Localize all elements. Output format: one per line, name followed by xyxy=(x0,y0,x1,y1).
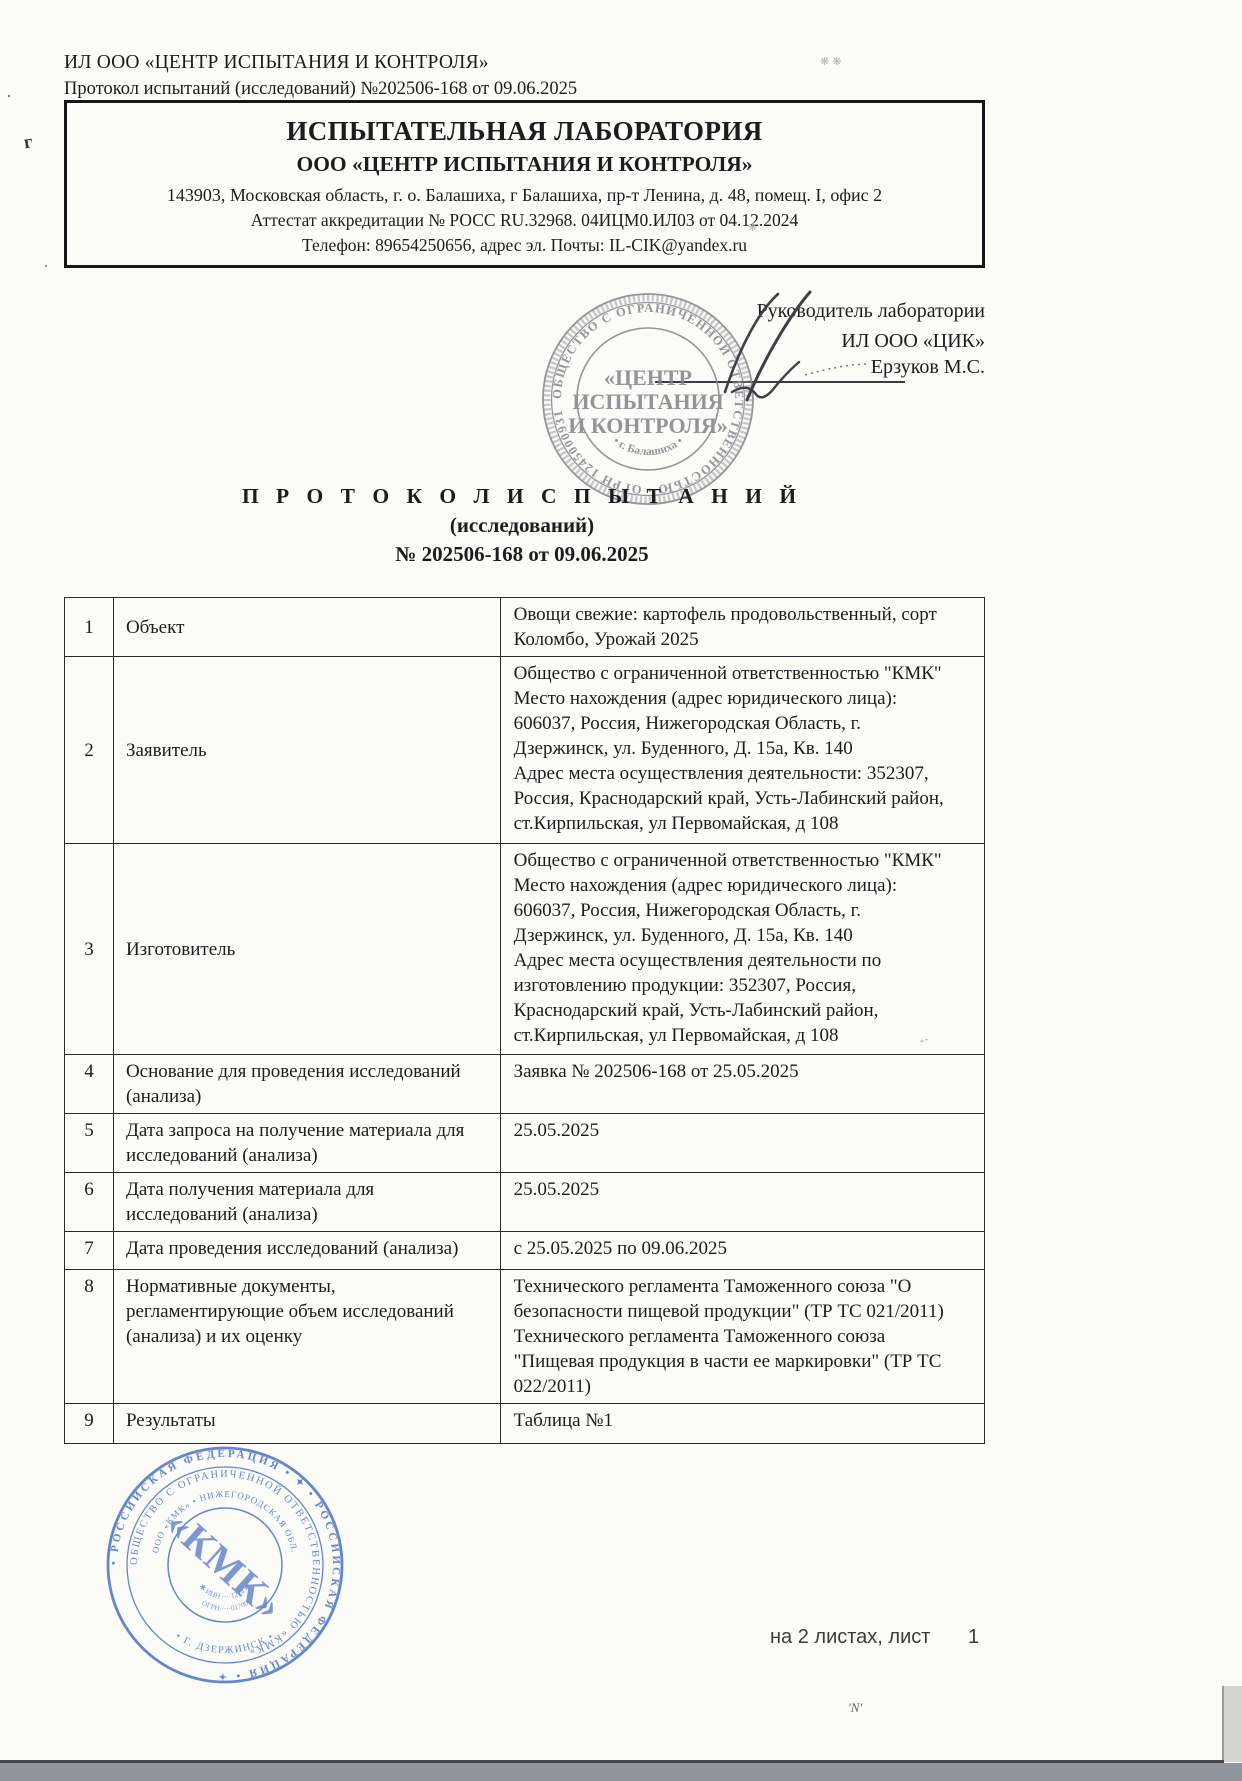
table-row: 3 Изготовитель Общество с ограниченной о… xyxy=(65,844,985,1055)
row-value-cell: 25.05.2025 xyxy=(500,1114,984,1173)
scan-artifact: ‑· xyxy=(920,1032,929,1048)
table-row: 1 Объект Овощи свежие: картофель продово… xyxy=(65,598,985,657)
row-value-cell: Заявка № 202506-168 от 25.05.2025 xyxy=(500,1055,984,1114)
scan-artifact: · xyxy=(6,86,12,107)
letterhead-box: ИСПЫТАТЕЛЬНАЯ ЛАБОРАТОРИЯ ООО «ЦЕНТР ИСП… xyxy=(64,100,985,268)
row-label-cell: Основание для проведения исследований (а… xyxy=(113,1055,500,1114)
scan-bottom-band xyxy=(0,1763,1242,1781)
scanned-protocol-page: ИЛ ООО «ЦЕНТР ИСПЫТАНИЯ И КОНТРОЛЯ» Прот… xyxy=(0,0,1242,1781)
row-value-cell: Овощи свежие: картофель продовольственны… xyxy=(500,598,984,657)
scan-artifact: ❋❋ xyxy=(820,55,844,68)
letterhead-address: 143903, Московская область, г. о. Балаши… xyxy=(67,185,982,206)
row-label-cell: Объект xyxy=(113,598,500,657)
row-value-cell: Общество с ограниченной ответственностью… xyxy=(500,844,984,1055)
signature-scribble xyxy=(600,280,900,480)
document-header-org: ИЛ ООО «ЦЕНТР ИСПЫТАНИЯ И КОНТРОЛЯ» xyxy=(64,52,489,74)
protocol-title: П Р О Т О К О Л И С П Ы Т А Н И Й xyxy=(0,482,1044,511)
row-label-cell: Результаты xyxy=(113,1404,500,1444)
row-number-cell: 9 xyxy=(65,1404,114,1444)
letterhead-subtitle: ООО «ЦЕНТР ИСПЫТАНИЯ И КОНТРОЛЯ» xyxy=(67,152,982,177)
row-label-cell: Заявитель xyxy=(113,657,500,844)
protocol-table: 1 Объект Овощи свежие: картофель продово… xyxy=(64,597,985,1444)
letterhead-contacts: Телефон: 89654250656, адрес эл. Почты: I… xyxy=(67,235,982,256)
row-label-cell: Нормативные документы, регламентирующие … xyxy=(113,1270,500,1404)
protocol-number: № 202506-168 от 09.06.2025 xyxy=(0,540,1044,569)
table-row: 2 Заявитель Общество с ограниченной отве… xyxy=(65,657,985,844)
scan-page-right-edge xyxy=(1222,1686,1242,1762)
row-label-cell: Дата запроса на получение материала для … xyxy=(113,1114,500,1173)
row-label-cell: Дата проведения исследований (анализа) xyxy=(113,1232,500,1270)
scan-artifact: ·· xyxy=(752,1324,760,1339)
row-number-cell: 2 xyxy=(65,657,114,844)
kmk-round-stamp: • РОССИЙСКАЯ ФЕДЕРАЦИЯ • ✦ • РОССИЙСКАЯ … xyxy=(100,1440,350,1690)
table-row: 8 Нормативные документы, регламентирующи… xyxy=(65,1270,985,1404)
row-number-cell: 8 xyxy=(65,1270,114,1404)
table-row: 6 Дата получения материала для исследова… xyxy=(65,1173,985,1232)
table-row: 9 Результаты Таблица №1 xyxy=(65,1404,985,1444)
row-value-cell: с 25.05.2025 по 09.06.2025 xyxy=(500,1232,984,1270)
scan-artifact: 'N' xyxy=(848,1700,862,1716)
letterhead-title: ИСПЫТАТЕЛЬНАЯ ЛАБОРАТОРИЯ xyxy=(67,116,982,147)
row-value-cell: Технического регламента Таможенного союз… xyxy=(500,1270,984,1404)
scan-artifact: . xyxy=(44,254,48,272)
table-row: 4 Основание для проведения исследований … xyxy=(65,1055,985,1114)
row-number-cell: 6 xyxy=(65,1173,114,1232)
row-value-cell: Таблица №1 xyxy=(500,1404,984,1444)
letterhead-accreditation: Аттестат аккредитации № РОСС RU.32968. 0… xyxy=(67,210,982,231)
table-row: 7 Дата проведения исследований (анализа)… xyxy=(65,1232,985,1270)
protocol-subtitle: (исследований) xyxy=(0,511,1044,540)
row-number-cell: 7 xyxy=(65,1232,114,1270)
row-label-cell: Изготовитель xyxy=(113,844,500,1055)
table-row: 5 Дата запроса на получение материала дл… xyxy=(65,1114,985,1173)
row-number-cell: 4 xyxy=(65,1055,114,1114)
footer-sheets-label: на 2 листах, лист xyxy=(770,1626,930,1649)
row-number-cell: 5 xyxy=(65,1114,114,1173)
row-label-cell: Дата получения материала для исследовани… xyxy=(113,1173,500,1232)
protocol-title-block: П Р О Т О К О Л И С П Ы Т А Н И Й (иссле… xyxy=(0,482,1044,569)
scan-artifact: ❋ xyxy=(748,221,757,234)
footer-page-number: 1 xyxy=(968,1626,979,1649)
document-header-protocol: Протокол испытаний (исследований) №20250… xyxy=(64,79,577,100)
scan-artifact: г xyxy=(23,132,35,155)
row-number-cell: 3 xyxy=(65,844,114,1055)
row-value-cell: 25.05.2025 xyxy=(500,1173,984,1232)
row-number-cell: 1 xyxy=(65,598,114,657)
row-value-cell: Общество с ограниченной ответственностью… xyxy=(500,657,984,844)
